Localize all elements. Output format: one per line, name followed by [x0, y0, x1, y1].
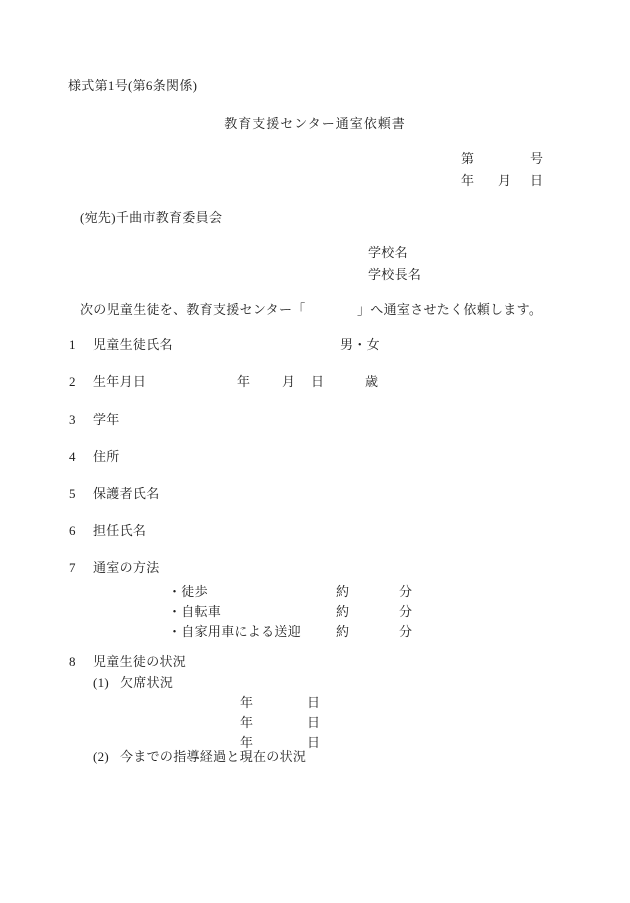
absence-row1-day: 日: [307, 696, 320, 710]
principal-label: 学校長名: [368, 268, 421, 282]
school-name-label: 学校名: [368, 246, 408, 260]
date-month-label: 月: [498, 174, 511, 188]
item-6-number: 6: [69, 524, 76, 538]
date-day-label: 日: [530, 174, 543, 188]
request-tail: 」へ通室させたく依頼します。: [357, 303, 542, 317]
absence-row3-year: 年: [240, 736, 253, 750]
status-sub1-number: (1): [93, 676, 109, 690]
item-2-month-label: 月: [282, 375, 295, 389]
commute-bicycle-label: ・自転車: [168, 605, 221, 619]
doc-number-suffix: 号: [530, 152, 543, 166]
document-page: 様式第1号(第6条関係) 教育支援センター通室依頼書 第 号 年 月 日 (宛先…: [0, 0, 630, 903]
status-sub2-number: (2): [93, 750, 109, 764]
form-code: 様式第1号(第6条関係): [68, 79, 197, 93]
item-6-label: 担任氏名: [93, 524, 146, 538]
item-1-label: 児童生徒氏名: [93, 338, 173, 352]
status-sub2-label: 今までの指導経過と現在の状況: [120, 750, 306, 764]
item-2-day-label: 日: [311, 375, 324, 389]
item-4-number: 4: [69, 450, 76, 464]
item-1-number: 1: [69, 338, 76, 352]
commute-walk-unit: 分: [399, 585, 412, 599]
item-7-label: 通室の方法: [93, 561, 160, 575]
item-1-gender: 男・女: [340, 338, 380, 352]
item-8-label: 児童生徒の状況: [93, 655, 186, 669]
addressee: (宛先)千曲市教育委員会: [80, 211, 222, 225]
commute-car-approx: 約: [336, 625, 349, 639]
date-year-label: 年: [461, 174, 474, 188]
item-5-number: 5: [69, 487, 76, 501]
absence-row1-year: 年: [240, 696, 253, 710]
item-3-label: 学年: [93, 413, 120, 427]
commute-bicycle-unit: 分: [399, 605, 412, 619]
status-sub1-label: 欠席状況: [120, 676, 173, 690]
item-2-year-label: 年: [237, 375, 250, 389]
item-8-number: 8: [69, 655, 76, 669]
item-5-label: 保護者氏名: [93, 487, 160, 501]
commute-bicycle-approx: 約: [336, 605, 349, 619]
absence-row3-day: 日: [307, 736, 320, 750]
item-3-number: 3: [69, 413, 76, 427]
item-2-age-label: 歳: [365, 375, 378, 389]
commute-walk-approx: 約: [336, 585, 349, 599]
request-lead: 次の児童生徒を、教育支援センター「: [80, 303, 306, 317]
absence-row2-year: 年: [240, 716, 253, 730]
commute-car-unit: 分: [399, 625, 412, 639]
page-title: 教育支援センター通室依頼書: [0, 117, 630, 131]
item-2-number: 2: [69, 375, 76, 389]
commute-walk-label: ・徒歩: [168, 585, 208, 599]
item-7-number: 7: [69, 561, 76, 575]
absence-row2-day: 日: [307, 716, 320, 730]
item-4-label: 住所: [93, 450, 120, 464]
doc-number-prefix: 第: [461, 152, 474, 166]
commute-car-label: ・自家用車による送迎: [168, 625, 301, 639]
item-2-label: 生年月日: [93, 375, 146, 389]
